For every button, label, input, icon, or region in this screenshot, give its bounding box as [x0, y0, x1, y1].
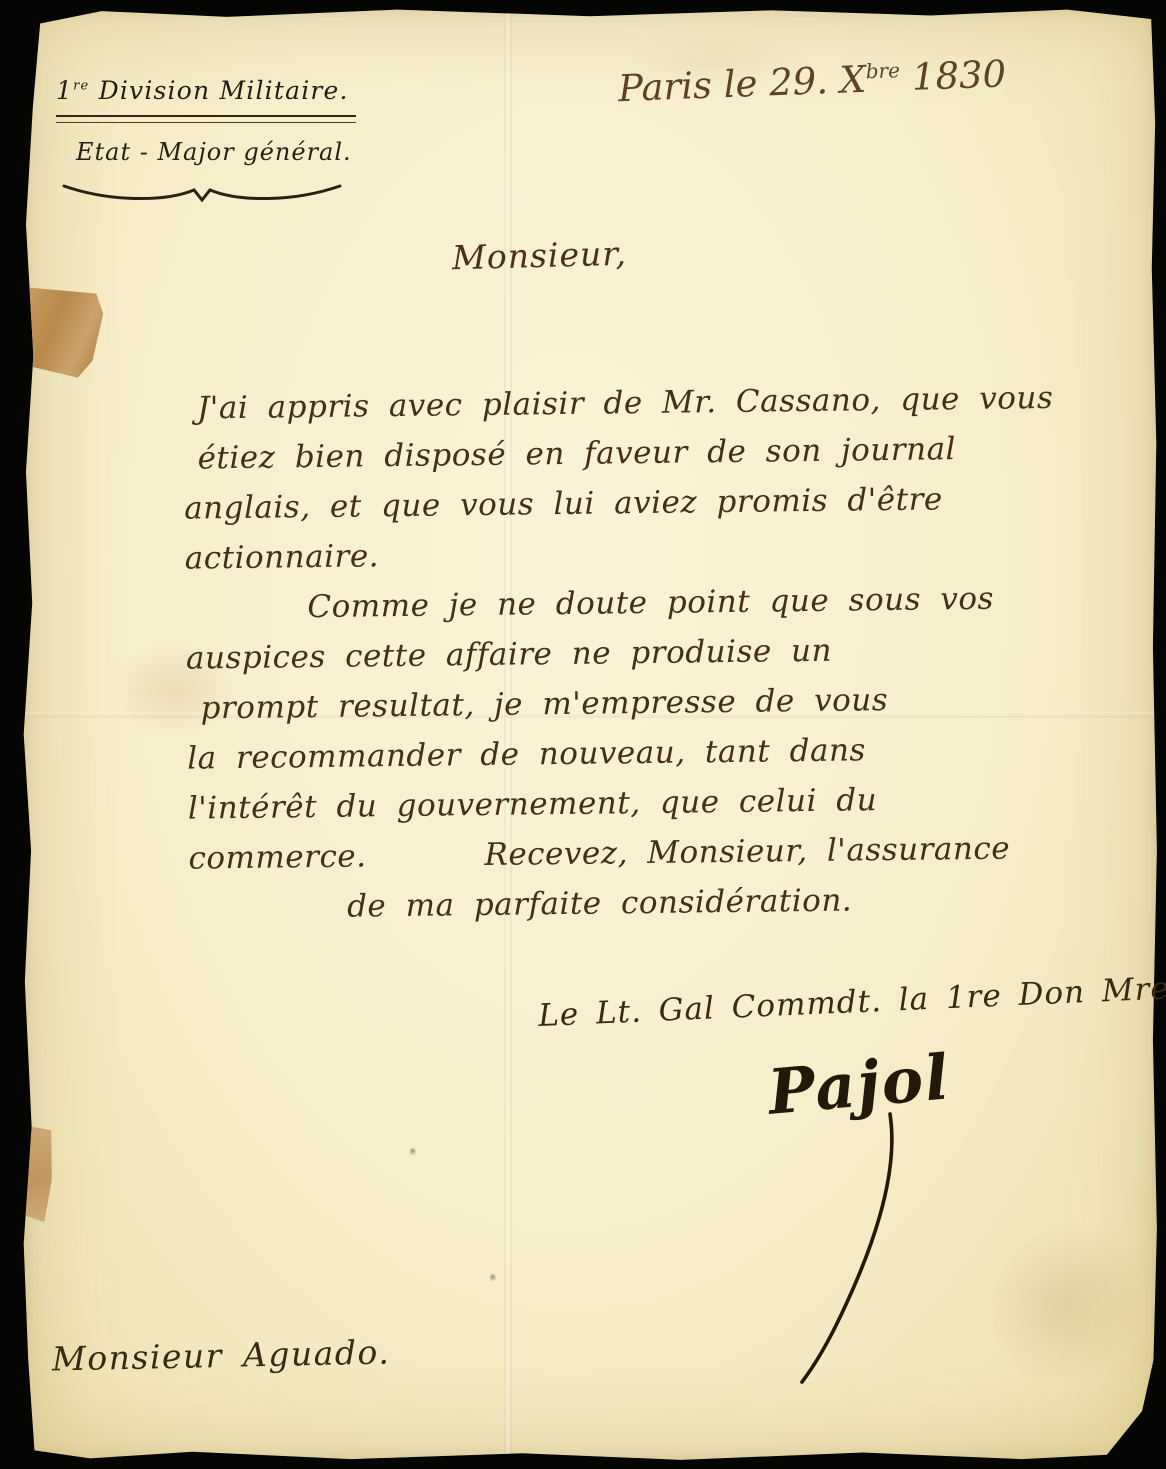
division-ordinal-sup: re [73, 79, 89, 94]
addressee: Monsieur Aguado. [52, 1332, 391, 1378]
letter-body: J'ai appris avec plaisir de Mr. Cassano,… [183, 372, 1106, 933]
letter-scene: 1re Division Militaire. Etat - Major gén… [0, 0, 1166, 1469]
division-number: 1 [56, 76, 73, 105]
division-title: 1re Division Militaire. [56, 76, 362, 105]
division-name: Division Militaire. [89, 76, 348, 105]
letterhead-rule [56, 115, 356, 123]
brace-flourish-icon [60, 178, 344, 206]
dateline-month: X [839, 58, 867, 102]
staff-title: Etat - Major général. [56, 138, 362, 166]
body-line: Comme je ne doute point que sous vos [307, 572, 1102, 632]
dateline-prefix: Paris le 29. [617, 59, 840, 110]
dateline: Paris le 29. Xbre 1830 [617, 49, 1098, 110]
dateline-year: 1830 [899, 52, 1007, 99]
valediction-line: de ma parfaite considération. [347, 872, 1106, 931]
body-last-word: commerce. [188, 838, 366, 876]
letterhead: 1re Division Militaire. Etat - Major gén… [56, 76, 362, 206]
valediction-line: Recevez, Monsieur, l'assurance [484, 831, 1010, 873]
signer-title: Le Lt. Gal Commdt. la 1re Don Mre. [538, 970, 1166, 1034]
salutation: Monsieur, [452, 234, 628, 278]
letter-content: 1re Division Militaire. Etat - Major gén… [0, 0, 1166, 1469]
signature-flourish-icon [772, 1108, 922, 1388]
dateline-month-sup: bre [865, 58, 900, 83]
